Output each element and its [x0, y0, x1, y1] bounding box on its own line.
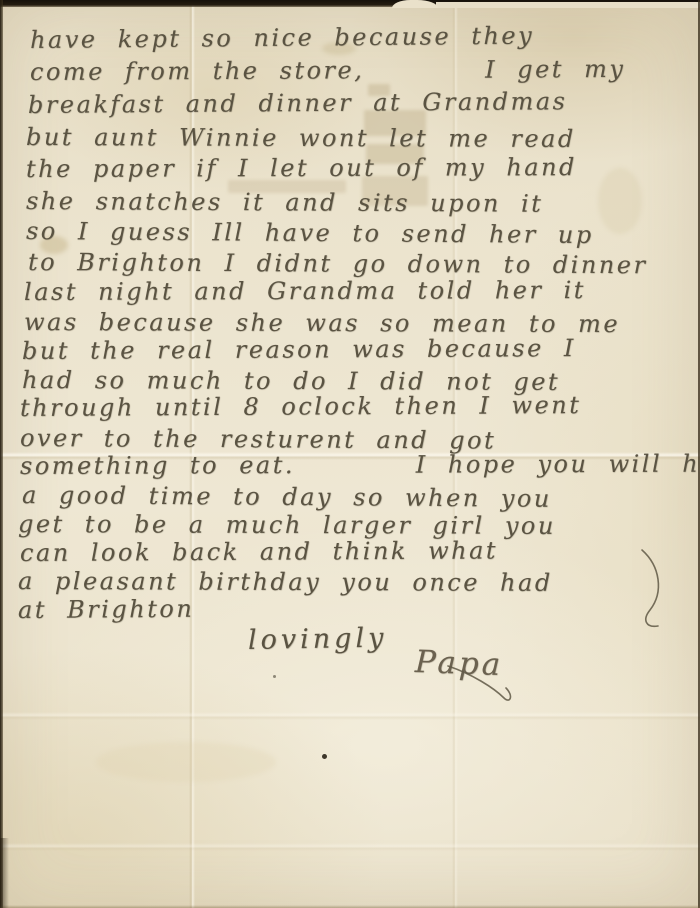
letter-line: a good time to day so when you [22, 481, 552, 513]
pen-flourish-right-margin [632, 548, 672, 633]
letter-line: something to eat. I hope you will have [20, 449, 700, 480]
paper-fold-tip [392, 0, 438, 8]
letter-line: but the real reason was because I [22, 334, 576, 365]
letter-line: a pleasant birthday you once had [18, 567, 553, 597]
scan-edge-corner [0, 838, 9, 908]
paper-stain [96, 742, 276, 782]
scanned-letter-page: have kept so nice because theycome from … [0, 0, 700, 908]
horizontal-fold-crease-lower [0, 712, 700, 720]
scan-edge-top-paper-overlap [436, 2, 700, 8]
ink-speck [273, 675, 276, 678]
signature-flourish [442, 662, 522, 707]
letter-line: come from the store, I get my [30, 55, 625, 86]
letter-line: but aunt Winnie wont let me read [26, 123, 576, 153]
letter-line: get to be a much larger girl you [18, 510, 556, 540]
letter-line: breakfast and dinner at Grandmas [28, 87, 568, 119]
scan-edge-left [0, 0, 3, 908]
letter-line: last night and Grandma told her it [24, 276, 586, 306]
letter-line: have kept so nice because they [30, 22, 534, 54]
paper-stain [598, 168, 642, 234]
letter-line: to Brighton I didnt go down to dinner [28, 248, 648, 279]
letter-line: can look back and think what [20, 536, 498, 567]
horizontal-fold-crease-bottom [0, 843, 700, 851]
letter-closing: lovingly [248, 623, 388, 656]
letter-line: through until 8 oclock then I went [20, 391, 581, 422]
letter-line: the paper if I let out of my hand [26, 153, 577, 183]
letter-line: so I guess Ill have to send her up [26, 217, 594, 249]
letter-line: she snatches it and sits upon it [26, 187, 543, 218]
ink-speck [322, 754, 327, 759]
letter-line: at Brighton [18, 595, 194, 624]
